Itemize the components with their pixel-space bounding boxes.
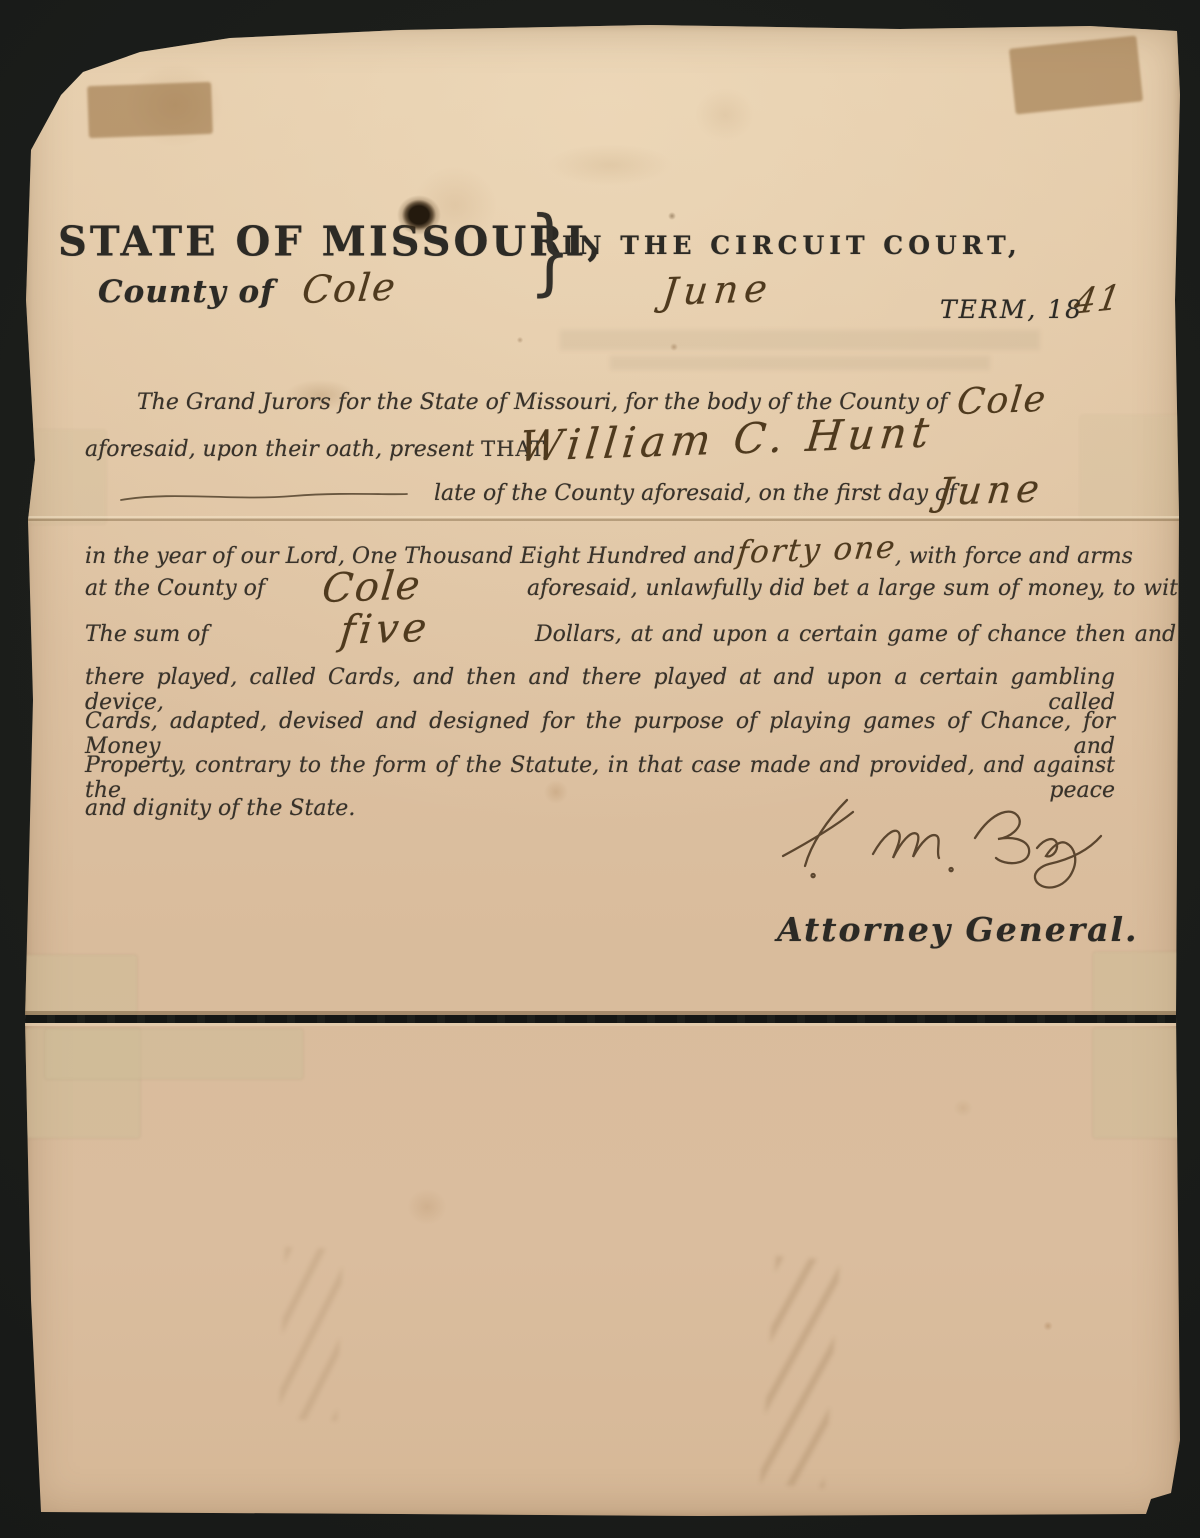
indictment-line-7: there played, called Cards, and then and… [85,665,1115,715]
tape-strip-below-split [45,1029,303,1079]
defendant-name-handwritten: William C. Hunt [517,407,936,471]
line-6-print-b: Dollars, at and upon a certain game of c… [535,622,1176,647]
document-page: STATE OF MISSOURI, County of Cole } IN T… [25,25,1180,1517]
term-label: TERM, 18 [940,295,1083,324]
court-title: IN THE CIRCUIT COURT, [562,231,1022,260]
tape-mark-top-left [87,82,213,138]
tape-mark-top-right [1009,35,1143,114]
line-6-print-a: The sum of [85,622,209,647]
state-title: STATE OF MISSOURI, [58,217,604,266]
term-month-handwritten: June [660,266,775,314]
bleed-through-streaks [279,1247,343,1421]
line-3-month-handwritten: June [935,466,1046,514]
indictment-line-2: aforesaid, upon their oath, present THAT… [85,437,550,462]
indictment-line-10: and dignity of the State. [85,796,355,821]
tape-right-below-split [1093,1028,1180,1138]
line-4-print-b: , with force and arms [895,544,1133,569]
signature-autograph [755,792,1107,894]
tape-right-upper-fold [1080,415,1180,520]
attorney-general-label: Attorney General. [777,910,1139,949]
photo-background: STATE OF MISSOURI, County of Cole } IN T… [0,0,1200,1538]
fold-crease-upper [25,516,1180,521]
line-4-year-handwritten: forty one [735,529,898,571]
term-year-handwritten: 41 [1071,277,1125,323]
placeholder-rule-flourish [118,488,410,504]
fold-split-edge-highlight [25,1023,1180,1026]
tape-left-above-split [25,955,137,1015]
bleed-through-mark [560,330,1040,350]
line-5-print-a: at the County of [85,576,265,601]
line-6-amount-handwritten: five [338,605,433,654]
bleed-through-mark [610,356,990,370]
line-1-county-handwritten: Cole [955,379,1049,423]
line-5-print-b: aforesaid, unlawfully did bet a large su… [527,576,1185,601]
bleed-through-streaks [760,1256,840,1488]
fold-split-shadow [25,1011,1180,1015]
indictment-line-8: Cards, adapted, devised and designed for… [85,709,1115,759]
fold-split-gap [25,1015,1180,1023]
county-label: County of [98,274,275,310]
indictment-line-4: in the year of our Lord, One Thousand Ei… [85,535,1117,571]
tape-left-below-split [25,1028,140,1138]
indictment-line-3: late of the County aforesaid, on the fir… [434,481,956,506]
line-2-print: aforesaid, upon their oath, present [85,437,474,462]
tape-right-above-split [1093,952,1180,1014]
county-value-handwritten: Cole [300,265,399,312]
